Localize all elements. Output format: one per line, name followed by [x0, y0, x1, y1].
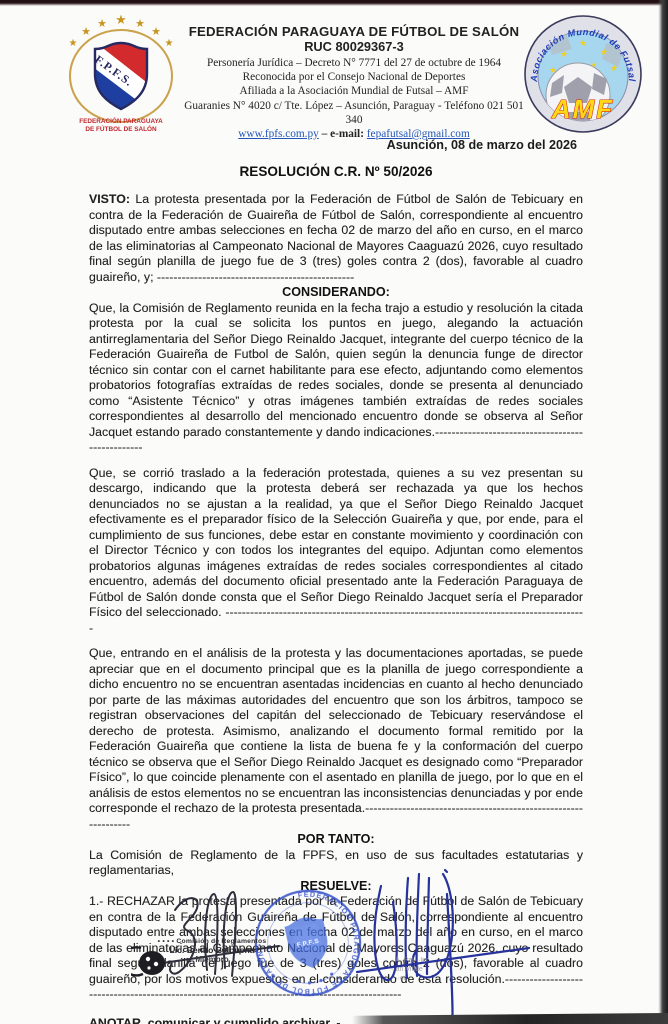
svg-text:★: ★ — [549, 66, 557, 76]
paragraph-traslado: Que, se corrió traslado a la federación … — [89, 466, 583, 637]
left-stamp-role: Miembro — [137, 955, 287, 964]
right-signature — [351, 866, 536, 1024]
left-stamp-dots: • • • • — [158, 938, 175, 945]
svg-text:★: ★ — [579, 39, 587, 49]
resolution-document-page: ★ ★★ ★★ ★★ F.P.F.S. FEDERACIÓN PARAGUAYA… — [0, 0, 668, 1024]
svg-text:★: ★ — [165, 38, 174, 49]
fpfs-logo: ★ ★★ ★★ ★★ F.P.F.S. FEDERACIÓN PARAGUAYA… — [56, 10, 186, 134]
left-stamp-header: • • • • Comisión de Reglamentos — [137, 938, 287, 945]
heading-considerando: CONSIDERANDO: — [89, 285, 583, 301]
svg-text:★: ★ — [115, 13, 127, 28]
page-title: RESOLUCIÓN C.R. Nº 50/2026 — [89, 164, 583, 179]
svg-text:★: ★ — [97, 17, 107, 30]
org-ruc: RUC 80029367-3 — [176, 39, 532, 54]
left-signature-stamp: • • • • Comisión de Reglamentos Lic. Ben… — [137, 938, 287, 964]
amf-logo: ★★★ ★★★ Asociación Mundial de Futsal AMF — [522, 13, 644, 135]
date-line: Asunción, 08 de marzo del 2026 — [89, 138, 577, 152]
amf-globe-icon: ★★★ ★★★ Asociación Mundial de Futsal AMF — [522, 13, 644, 135]
svg-text:★: ★ — [610, 64, 618, 74]
right-stamp-line2: ··an Vitale · — [391, 965, 511, 974]
paragraph-analisis: Que, entrando en el análisis de la prote… — [89, 646, 583, 832]
visto-label: VISTO: — [89, 192, 130, 206]
left-stamp-commission: Comisión de Reglamentos — [176, 938, 266, 945]
fpfs-shield-icon: ★ ★★ ★★ ★★ F.P.F.S. FEDERACIÓN PARAGUAYA… — [56, 10, 186, 134]
right-stamp-line1: · A. Pal···ler — [391, 956, 511, 965]
org-reconocida: Reconocida por el Consejo Nacional de De… — [176, 70, 532, 84]
org-personeria: Personería Jurídica – Decreto N° 7771 de… — [176, 56, 532, 70]
fpfs-caption-line1: FEDERACIÓN PARAGUAYA — [79, 116, 163, 125]
heading-por-tanto: POR TANTO: — [89, 832, 583, 848]
signature-block: • • • • Comisión de Reglamentos Lic. Ben… — [89, 878, 583, 1024]
svg-text:★: ★ — [151, 25, 161, 38]
org-name: FEDERACIÓN PARAGUAYA DE FÚTBOL DE SALÓN — [176, 24, 532, 39]
right-stamp-line3: · ··er — [391, 974, 511, 983]
amf-label: AMF — [551, 94, 614, 124]
org-afiliada: Afiliada a la Asociación Mundial de Futs… — [176, 84, 532, 98]
left-stamp-name: Lic. Benito Balbuena — [137, 945, 287, 955]
fpfs-caption-line2: DE FÚTBOL DE SALÓN — [85, 124, 157, 133]
right-signature-stamp: · A. Pal···ler ··an Vitale · · ··er — [391, 956, 511, 983]
svg-text:★: ★ — [591, 61, 597, 69]
svg-text:★: ★ — [600, 48, 608, 58]
svg-text:★: ★ — [69, 38, 78, 49]
paragraph-visto: VISTO: La protesta presentada por la Fed… — [89, 192, 583, 285]
svg-text:★: ★ — [135, 17, 145, 30]
org-direccion: Guaranies N° 4020 c/ Tte. López – Asunci… — [176, 99, 532, 127]
visto-text: La protesta presentada por la Federación… — [89, 192, 583, 284]
svg-text:★: ★ — [560, 50, 568, 60]
letterhead: FEDERACIÓN PARAGUAYA DE FÚTBOL DE SALÓN … — [176, 24, 532, 141]
paragraph-comision: Que, la Comisión de Reglamento reunida e… — [89, 301, 583, 456]
scan-edge-top — [0, 0, 668, 6]
svg-text:★: ★ — [81, 25, 91, 38]
scan-edge-bottom — [352, 1013, 668, 1024]
scan-edge-right — [658, 0, 668, 1024]
